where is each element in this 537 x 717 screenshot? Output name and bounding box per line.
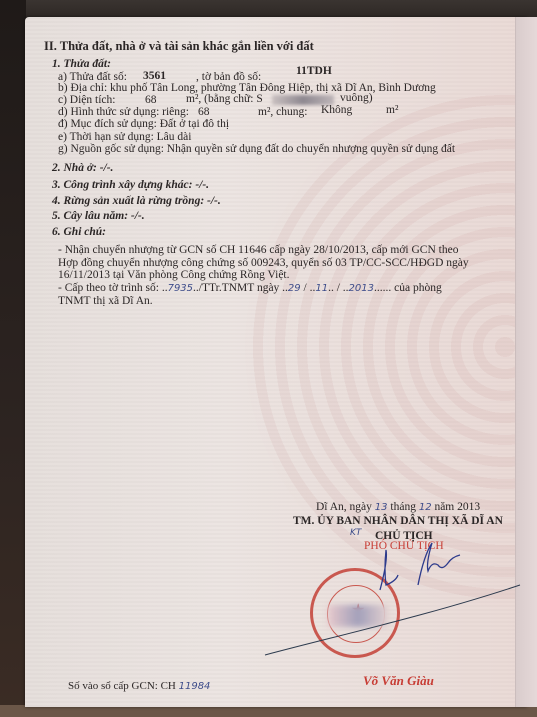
registry-label: Số vào sổ cấp GCN: CH — [68, 680, 176, 692]
signature-strokes — [0, 0, 537, 717]
signer-name: Võ Văn Giàu — [363, 674, 434, 687]
registry-number: Số vào sổ cấp GCN: CH 11984 — [68, 680, 210, 693]
registry-value: 11984 — [179, 681, 211, 692]
